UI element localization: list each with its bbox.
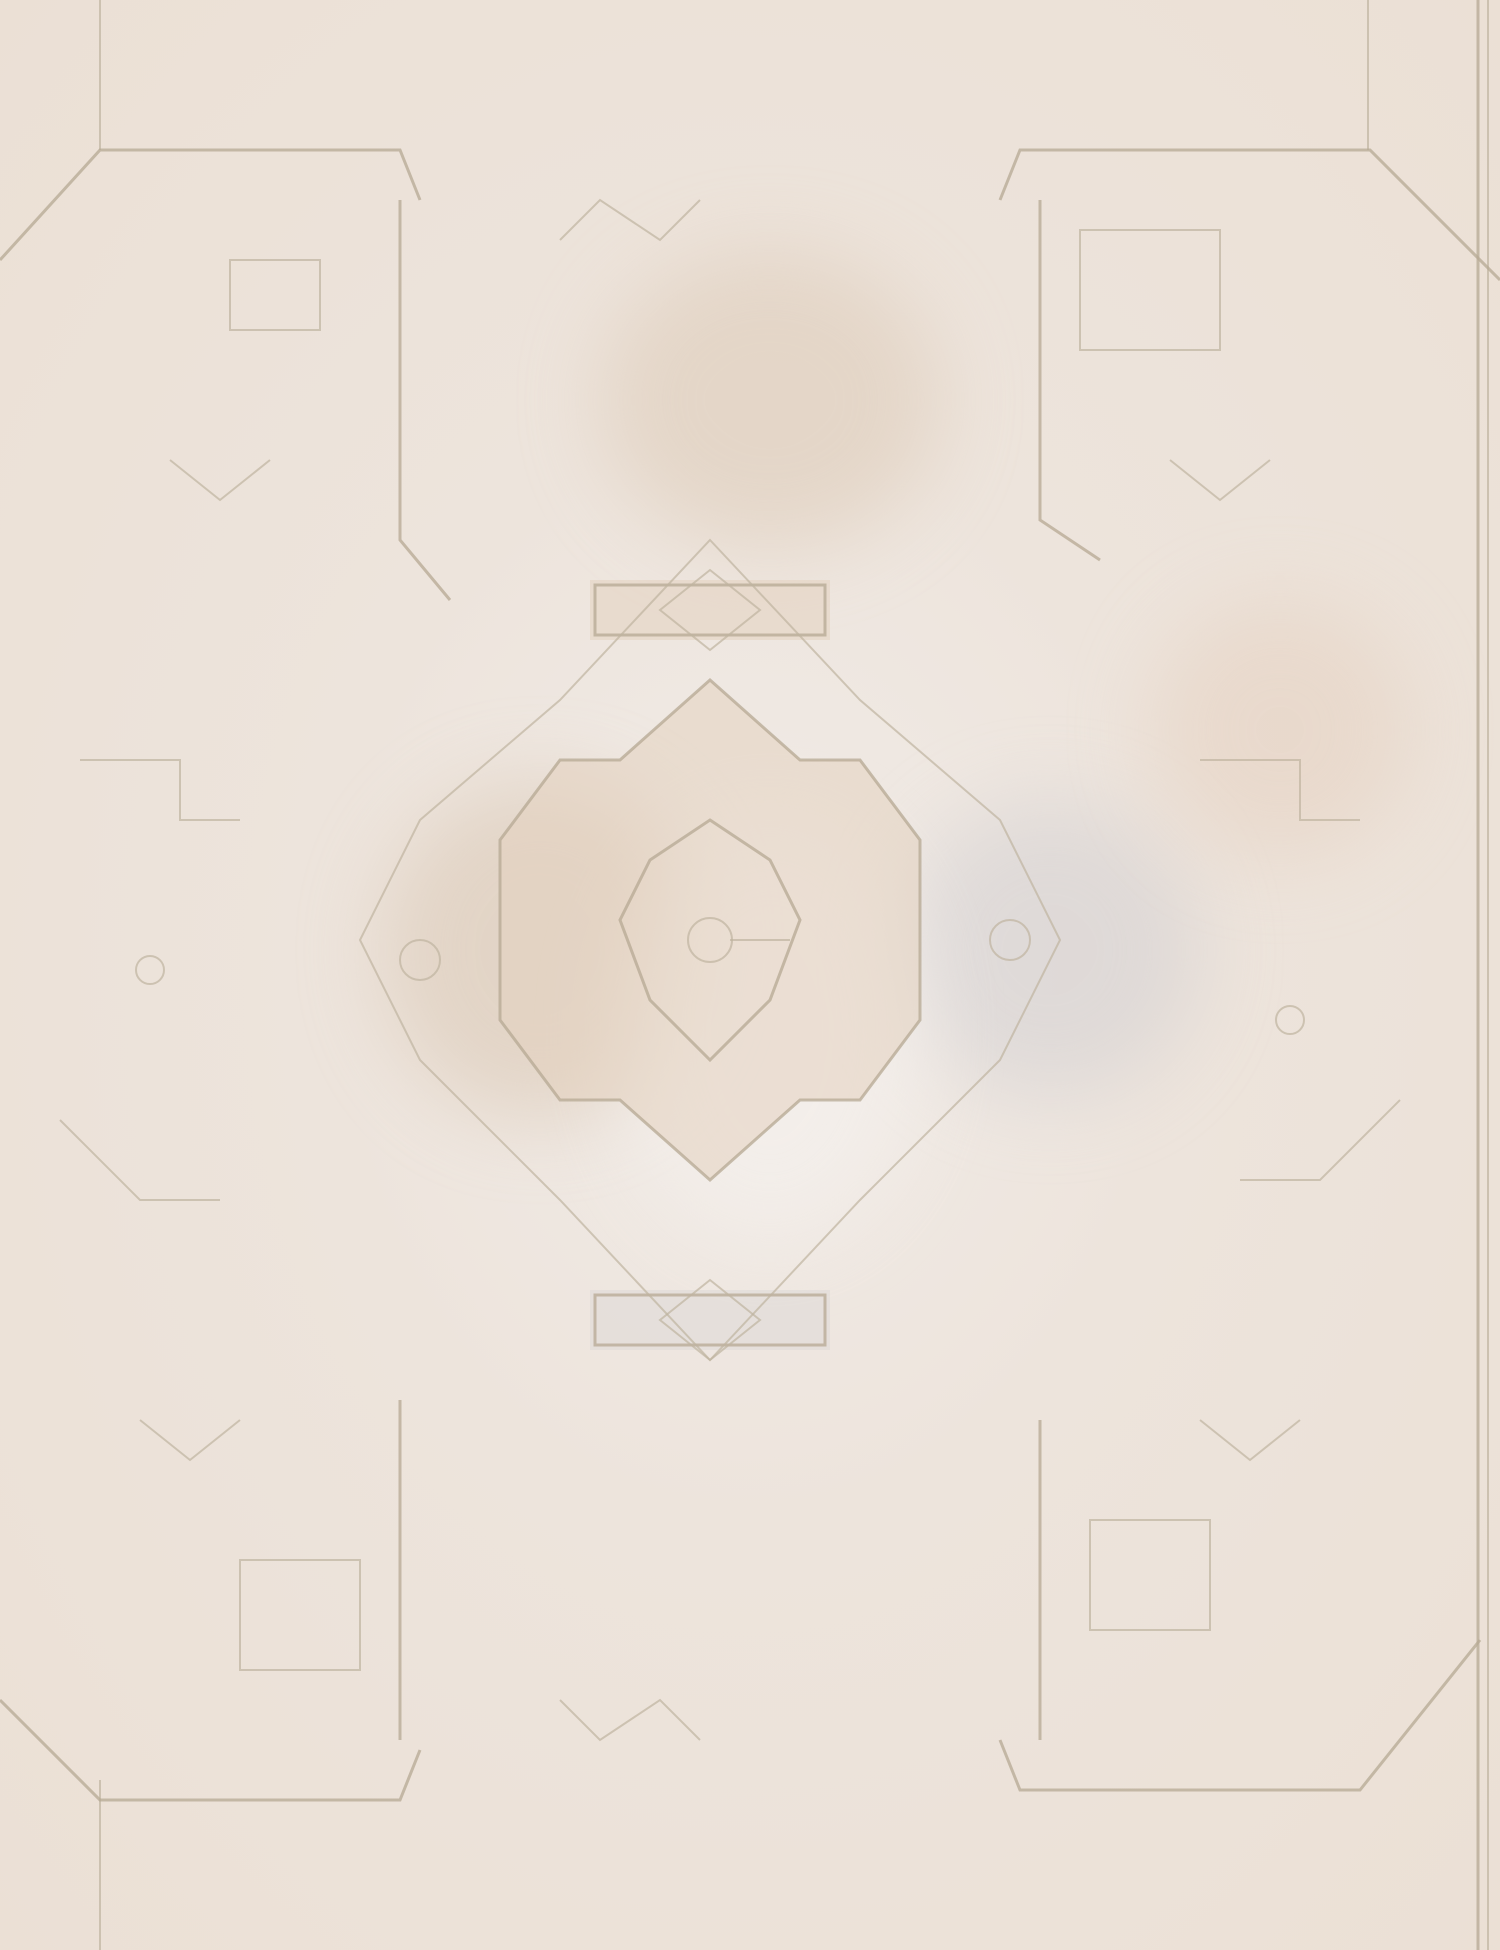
rug-photo (0, 0, 1500, 1950)
lower-cartouche (590, 1280, 830, 1360)
central-medallion (360, 540, 1060, 1360)
right-border (1368, 0, 1488, 1950)
rug-pattern (0, 0, 1500, 1950)
upper-cartouche (590, 570, 830, 650)
